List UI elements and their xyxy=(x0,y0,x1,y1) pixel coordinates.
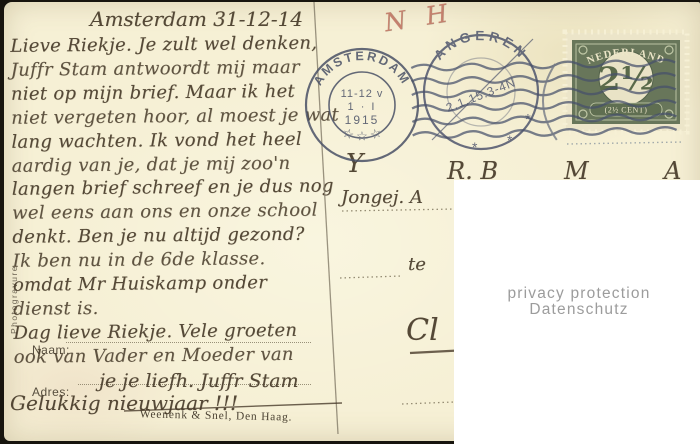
angeren-star: * xyxy=(525,111,531,128)
message-line: ook van Vader en Moeder van xyxy=(14,342,359,370)
message-line: lang wachten. Ik vond het heel xyxy=(11,127,356,155)
message-line: langen brief schreef en je dus nog xyxy=(12,175,357,203)
message-line: Lieve Riekje. Je zult wel denken, xyxy=(10,31,355,59)
perforation-remnant-dots xyxy=(567,142,684,144)
message-line: Ik ben nu in de 6de klasse. xyxy=(13,246,358,274)
address-salutation: Jongej. A xyxy=(341,187,423,208)
angeren-diagonal-line xyxy=(432,39,533,140)
address-city-start: Cl xyxy=(406,313,439,348)
stamp-value-oval xyxy=(599,51,653,105)
message-line: Dag lieve Riekje. Vele groeten xyxy=(13,318,358,346)
red-pencil-annotation: N H xyxy=(382,0,455,37)
address-flourish: Y xyxy=(346,149,363,179)
message-line: Juffr Stam antwoordt mij maar xyxy=(11,55,356,83)
privacy-line-de: Datenschutz xyxy=(454,302,700,318)
postage-stamp: NEDERLAND 2½ (2½ CENT) xyxy=(565,32,687,144)
postcard-back: Amsterdam 31-12-14 Lieve Riekje. Je zult… xyxy=(4,2,700,441)
stamp-denomination-banner xyxy=(590,103,662,116)
stamp-value-numeral: 2½ xyxy=(598,60,654,98)
message-body: Lieve Riekje. Je zult wel denken, Juffr … xyxy=(10,31,358,369)
message-line: wel eens aan ons en onze school xyxy=(12,199,357,227)
angeren-star: * xyxy=(507,132,513,148)
angeren-inner-circle xyxy=(447,58,515,126)
stamp-denomination-text: (2½ CENT) xyxy=(605,106,648,115)
stamp-inner-frame xyxy=(576,44,676,120)
message-dateline: Amsterdam 31-12-14 xyxy=(90,7,303,31)
privacy-protection-text: privacy protection Datenschutz xyxy=(454,286,700,318)
stamp-panel xyxy=(572,40,680,124)
stamp-margin xyxy=(566,33,686,131)
angeren-date-text: 2.1.15.3-4N xyxy=(444,75,518,114)
stamp-country-text: NEDERLAND xyxy=(585,47,666,66)
privacy-protection-box: privacy protection Datenschutz xyxy=(454,180,700,444)
message-signature: je je liefh. Juffr Stam xyxy=(99,370,299,392)
message-line: dienst is. xyxy=(13,294,358,322)
angeren-star: * xyxy=(472,139,478,155)
angeren-outer-circle xyxy=(424,35,538,149)
message-line: niet vergeten hoor, al moest je wat xyxy=(11,103,356,131)
message-line: aardig van je, dat je mij zoo'n xyxy=(12,151,357,179)
angeren-postmark: ANGEREN 2.1.15.3-4N * * * xyxy=(424,28,538,155)
scanned-postcard: Amsterdam 31-12-14 Lieve Riekje. Je zult… xyxy=(0,0,700,444)
stamp-perforation xyxy=(565,32,687,132)
message-line: denkt. Ben je nu altijd gezond? xyxy=(12,222,357,250)
cancellation-wavy-lines xyxy=(411,59,677,143)
stamp-corner-ornaments xyxy=(579,46,673,118)
message-line: niet op mijn brief. Maar ik het xyxy=(11,79,356,107)
address-te: te xyxy=(408,254,426,275)
message-closing: Gelukkig nieuwjaar !!! xyxy=(10,391,238,415)
message-line: omdat Mr Huiskamp onder xyxy=(13,270,358,298)
privacy-line-en: privacy protection xyxy=(454,286,700,302)
angeren-town-text: ANGEREN xyxy=(431,28,531,63)
